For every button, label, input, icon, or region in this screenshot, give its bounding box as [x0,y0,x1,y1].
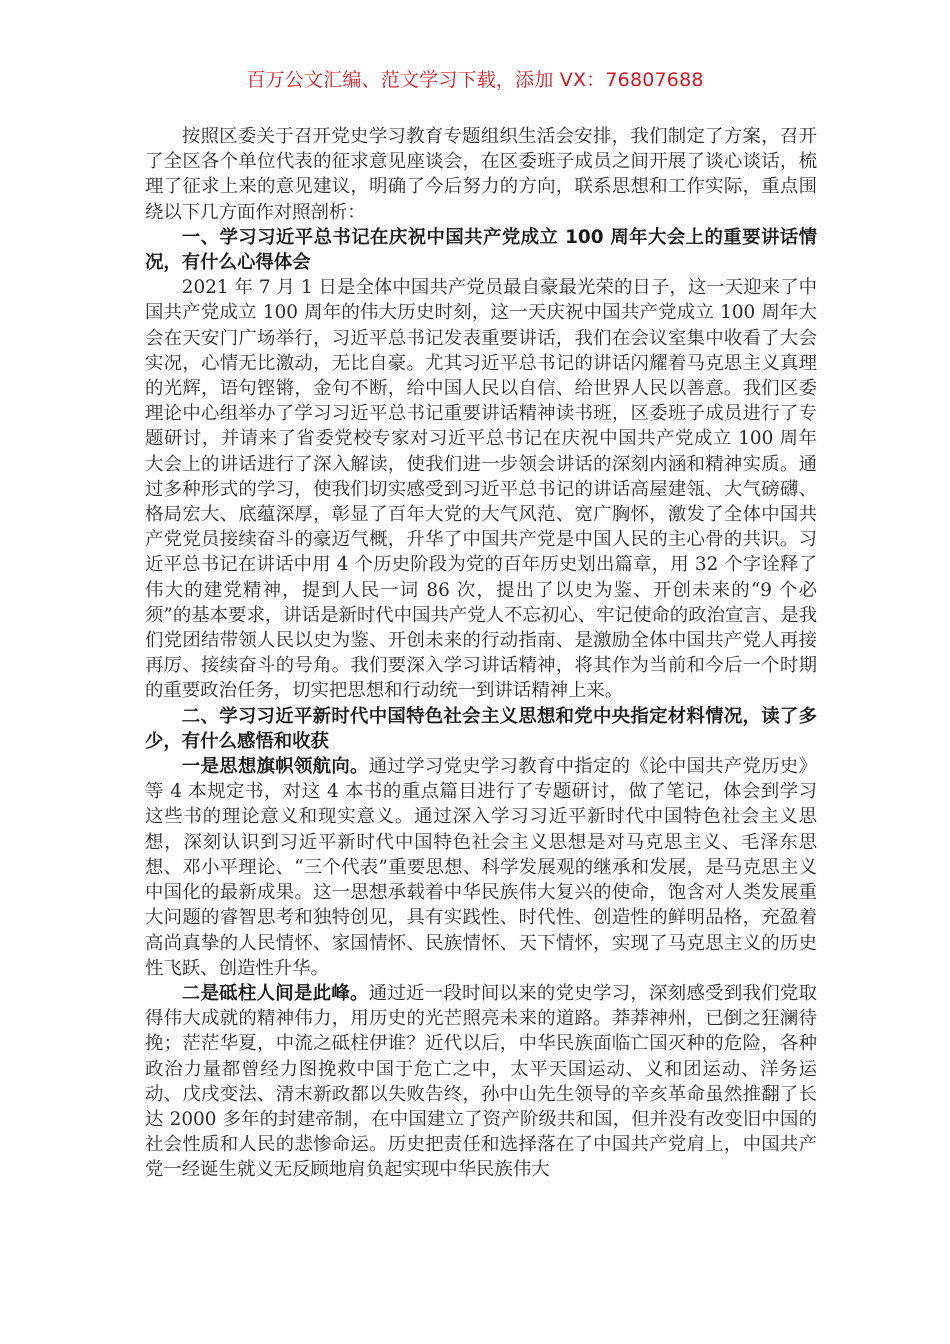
paragraph-lead: 二是砥柱人间是此峰。 [182,983,369,1004]
intro-paragraph: 按照区委关于召开党史学习教育专题组织生活会安排，我们制定了方案，召开了全区各个单… [145,124,817,225]
section-2-paragraph-2: 二是砥柱人间是此峰。通过近一段时间以来的党史学习，深刻感受到我们党取得伟大成就的… [145,981,817,1183]
document-page: 百万公文汇编、范文学习下载，添加 VX：76807688 按照区委关于召开党史学… [0,0,950,1344]
section-1-paragraph-1: 2021 年 7 月 1 日是全体中国共产党员最自豪最光荣的日子，这一天迎来了中… [145,275,817,703]
section-heading-1: 一、学习习近平总书记在庆祝中国共产党成立 100 周年大会上的重要讲话情况，有什… [145,225,817,275]
watermark-header: 百万公文汇编、范文学习下载，添加 VX：76807688 [0,66,950,94]
paragraph-text: 通过近一段时间以来的党史学习，深刻感受到我们党取得伟大成就的精神伟力，用历史的光… [145,983,817,1180]
document-body: 按照区委关于召开党史学习教育专题组织生活会安排，我们制定了方案，召开了全区各个单… [145,124,817,1183]
section-2-paragraph-1: 一是思想旗帜领航向。通过学习党史学习教育中指定的《论中国共产党历史》等 4 本规… [145,754,817,981]
paragraph-lead: 一是思想旗帜领航向。 [182,756,369,777]
paragraph-text: 2021 年 7 月 1 日是全体中国共产党员最自豪最光荣的日子，这一天迎来了中… [145,277,817,701]
section-heading-2: 二、学习习近平新时代中国特色社会主义思想和党中央指定材料情况，读了多少，有什么感… [145,704,817,754]
paragraph-text: 通过学习党史学习教育中指定的《论中国共产党历史》等 4 本规定书，对这 4 本书… [145,756,817,979]
